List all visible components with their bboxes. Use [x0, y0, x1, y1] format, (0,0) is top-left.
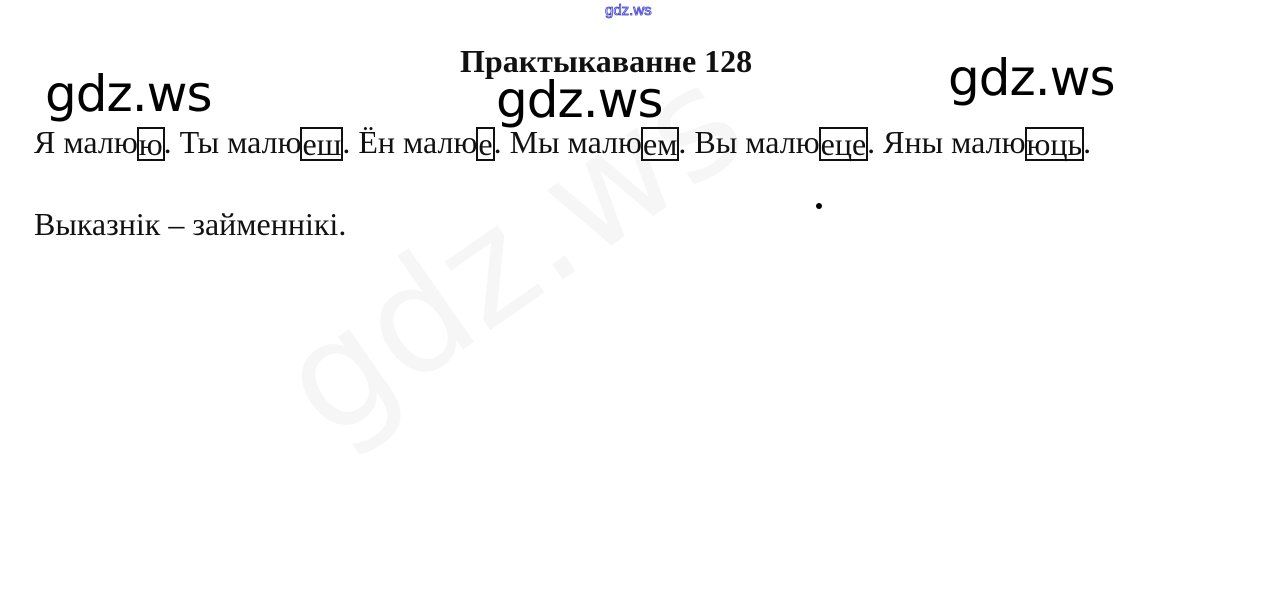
sentence-6: Яны малююць. [875, 124, 1091, 160]
period: . [164, 124, 172, 160]
predicate-note: Выказнік – займеннікі. [34, 204, 346, 244]
site-link[interactable]: gdz.ws [605, 2, 652, 20]
sentence-2: Ты малюеш. [172, 124, 351, 160]
ending-box: юць [1025, 127, 1085, 161]
stray-dot [816, 203, 822, 209]
period: . [494, 124, 502, 160]
watermark-right: gdz.ws [948, 50, 1115, 106]
ending-box: еш [300, 127, 343, 161]
conjugation-line: Я малюю. Ты малюеш. Ён малюе. Мы малюем.… [34, 122, 1091, 162]
ending-box: еце [819, 127, 869, 161]
sentence-3: Ён малюе. [350, 124, 501, 160]
watermark-left: gdz.ws [45, 66, 212, 122]
verb-stem: Я малю [34, 124, 138, 160]
verb-stem: Яны малю [875, 124, 1025, 160]
period: . [867, 124, 875, 160]
ending-box: ю [137, 127, 165, 161]
period: . [1083, 124, 1091, 160]
watermark-center: gdz.ws [496, 72, 663, 128]
sentence-5: Вы малюеце. [686, 124, 875, 160]
verb-stem: Ён малю [350, 124, 477, 160]
sentence-1: Я малюю. [34, 124, 172, 160]
verb-stem: Мы малю [502, 124, 642, 160]
verb-stem: Ты малю [172, 124, 302, 160]
sentence-4: Мы малюем. [502, 124, 687, 160]
verb-stem: Вы малю [686, 124, 819, 160]
ending-box: ем [641, 127, 679, 161]
ending-box: е [476, 127, 494, 161]
